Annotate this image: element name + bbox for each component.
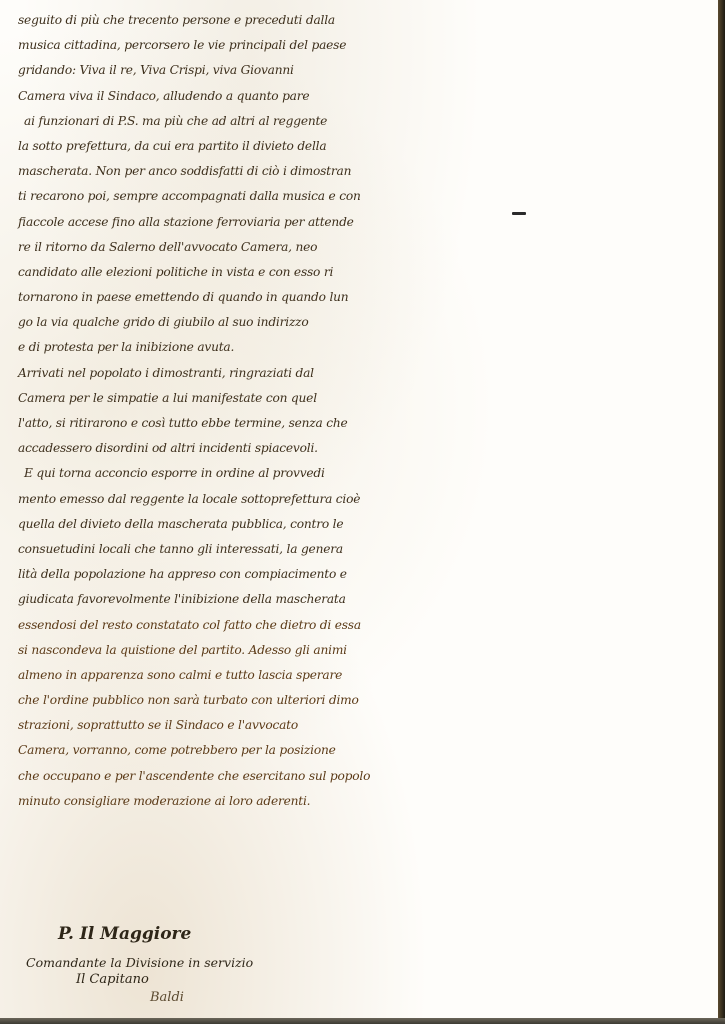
body-line: ai funzionari di P.S. ma più che ad altr… <box>18 109 388 134</box>
body-line: go la via qualche grido di giubilo al su… <box>18 310 388 335</box>
body-line: tornarono in paese emettendo di quando i… <box>18 285 388 310</box>
signature-title: P. Il Maggiore <box>58 924 191 944</box>
body-line: che occupano e per l'ascendente che eser… <box>18 764 388 789</box>
document-page: seguito di più che trecento persone e pr… <box>0 0 718 1018</box>
body-line: che l'ordine pubblico non sarà turbato c… <box>18 688 388 713</box>
body-line: si nascondeva la quistione del partito. … <box>18 638 388 663</box>
body-line: Arrivati nel popolato i dimostranti, rin… <box>18 361 388 386</box>
body-line: ti recarono poi, sempre accompagnati dal… <box>18 184 388 209</box>
signature-block: P. Il Maggiore Comandante la Divisione i… <box>0 0 420 110</box>
body-line: minuto consigliare moderazione ai loro a… <box>18 789 388 814</box>
body-line: giudicata favorevolmente l'inibizione de… <box>18 587 388 612</box>
body-line: l'atto, si ritirarono e così tutto ebbe … <box>18 411 388 436</box>
body-line: strazioni, soprattutto se il Sindaco e l… <box>18 713 388 738</box>
page-edge-right <box>718 0 725 1024</box>
body-line: e di protesta per la inibizione avuta. <box>18 335 388 360</box>
body-line: accadessero disordini od altri incidenti… <box>18 436 388 461</box>
signature-rank: Il Capitano <box>76 972 149 987</box>
body-line: Camera, vorranno, come potrebbero per la… <box>18 738 388 763</box>
body-line: E qui torna acconcio esporre in ordine a… <box>18 461 388 486</box>
body-line: essendosi del resto constatato col fatto… <box>18 613 388 638</box>
signature-name: Baldi <box>150 990 184 1005</box>
body-line: re il ritorno da Salerno dell'avvocato C… <box>18 235 388 260</box>
page-edge-bottom <box>0 1018 725 1024</box>
body-line: candidato alle elezioni politiche in vis… <box>18 260 388 285</box>
body-line: quella del divieto della mascherata pubb… <box>18 512 388 537</box>
body-line: almeno in apparenza sono calmi e tutto l… <box>18 663 388 688</box>
body-line: Camera per le simpatie a lui manifestate… <box>18 386 388 411</box>
body-line: mento emesso dal reggente la locale sott… <box>18 487 388 512</box>
ink-mark <box>512 212 526 215</box>
body-line: mascherata. Non per anco soddisfatti di … <box>18 159 388 184</box>
body-line: consuetudini locali che tanno gli intere… <box>18 537 388 562</box>
signature-unit: Comandante la Divisione in servizio <box>26 955 253 970</box>
body-line: la sotto prefettura, da cui era partito … <box>18 134 388 159</box>
body-line: lità della popolazione ha appreso con co… <box>18 562 388 587</box>
letter-body: seguito di più che trecento persone e pr… <box>18 8 388 814</box>
body-line: fiaccole accese fino alla stazione ferro… <box>18 210 388 235</box>
